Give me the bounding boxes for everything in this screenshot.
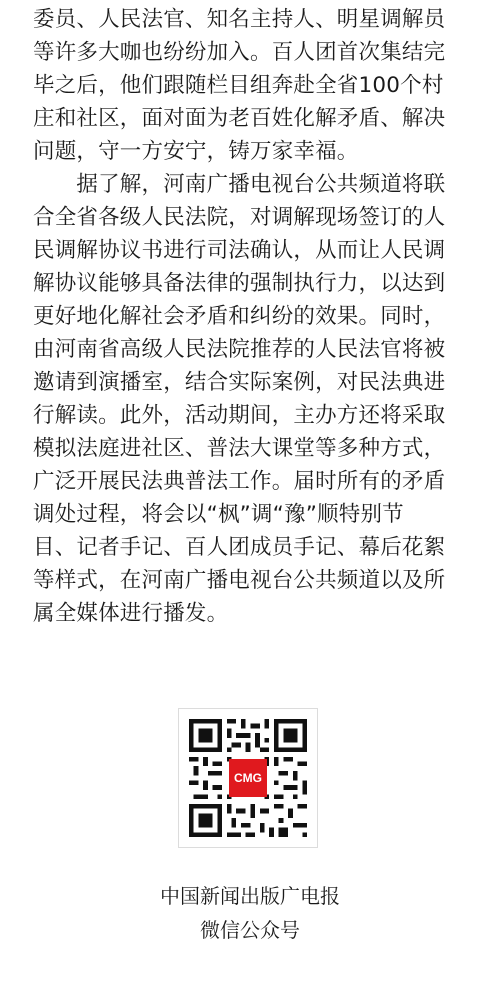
article-line: 委员、人民法官、知名主持人、明星调解员 — [33, 3, 473, 36]
article-line: 民调解协议书进行司法确认，从而让人民调 — [33, 234, 473, 267]
qr-code[interactable]: CMG — [178, 708, 318, 848]
article-line: 毕之后，他们跟随栏目组奔赴全省100个村 — [33, 69, 473, 102]
account-subtitle: 微信公众号 — [0, 914, 500, 943]
article-body: 委员、人民法官、知名主持人、明星调解员 等许多大咖也纷纷加入。百人团首次集结完 … — [33, 3, 473, 630]
article-line: 据了解，河南广播电视台公共频道将联 — [33, 168, 473, 201]
article-line: 调处过程，将会以“枫”调“豫”顺特别节 — [33, 498, 473, 531]
article-line: 广泛开展民法典普法工作。届时所有的矛盾 — [33, 465, 473, 498]
article-line: 邀请到演播室，结合实际案例，对民法典进 — [33, 366, 473, 399]
article-line: 目、记者手记、百人团成员手记、幕后花絮 — [33, 531, 473, 564]
article-line: 行解读。此外，活动期间，主办方还将采取 — [33, 399, 473, 432]
article-line: 合全省各级人民法院，对调解现场签订的人 — [33, 201, 473, 234]
cmg-logo: CMG — [229, 759, 267, 797]
article-line: 属全媒体进行播发。 — [33, 597, 473, 630]
article-line: 模拟法庭进社区、普法大课堂等多种方式， — [33, 432, 473, 465]
article-line: 问题，守一方安宁，铸万家幸福。 — [33, 135, 473, 168]
article-line: 等样式，在河南广播电视台公共频道以及所 — [33, 564, 473, 597]
article-line: 等许多大咖也纷纷加入。百人团首次集结完 — [33, 36, 473, 69]
article-line: 解协议能够具备法律的强制执行力，以达到 — [33, 267, 473, 300]
article-line: 更好地化解社会矛盾和纠纷的效果。同时， — [33, 300, 473, 333]
article-line: 由河南省高级人民法院推荐的人民法官将被 — [33, 333, 473, 366]
account-name: 中国新闻出版广电报 — [0, 880, 500, 909]
article-line: 庄和社区，面对面为老百姓化解矛盾、解决 — [33, 102, 473, 135]
